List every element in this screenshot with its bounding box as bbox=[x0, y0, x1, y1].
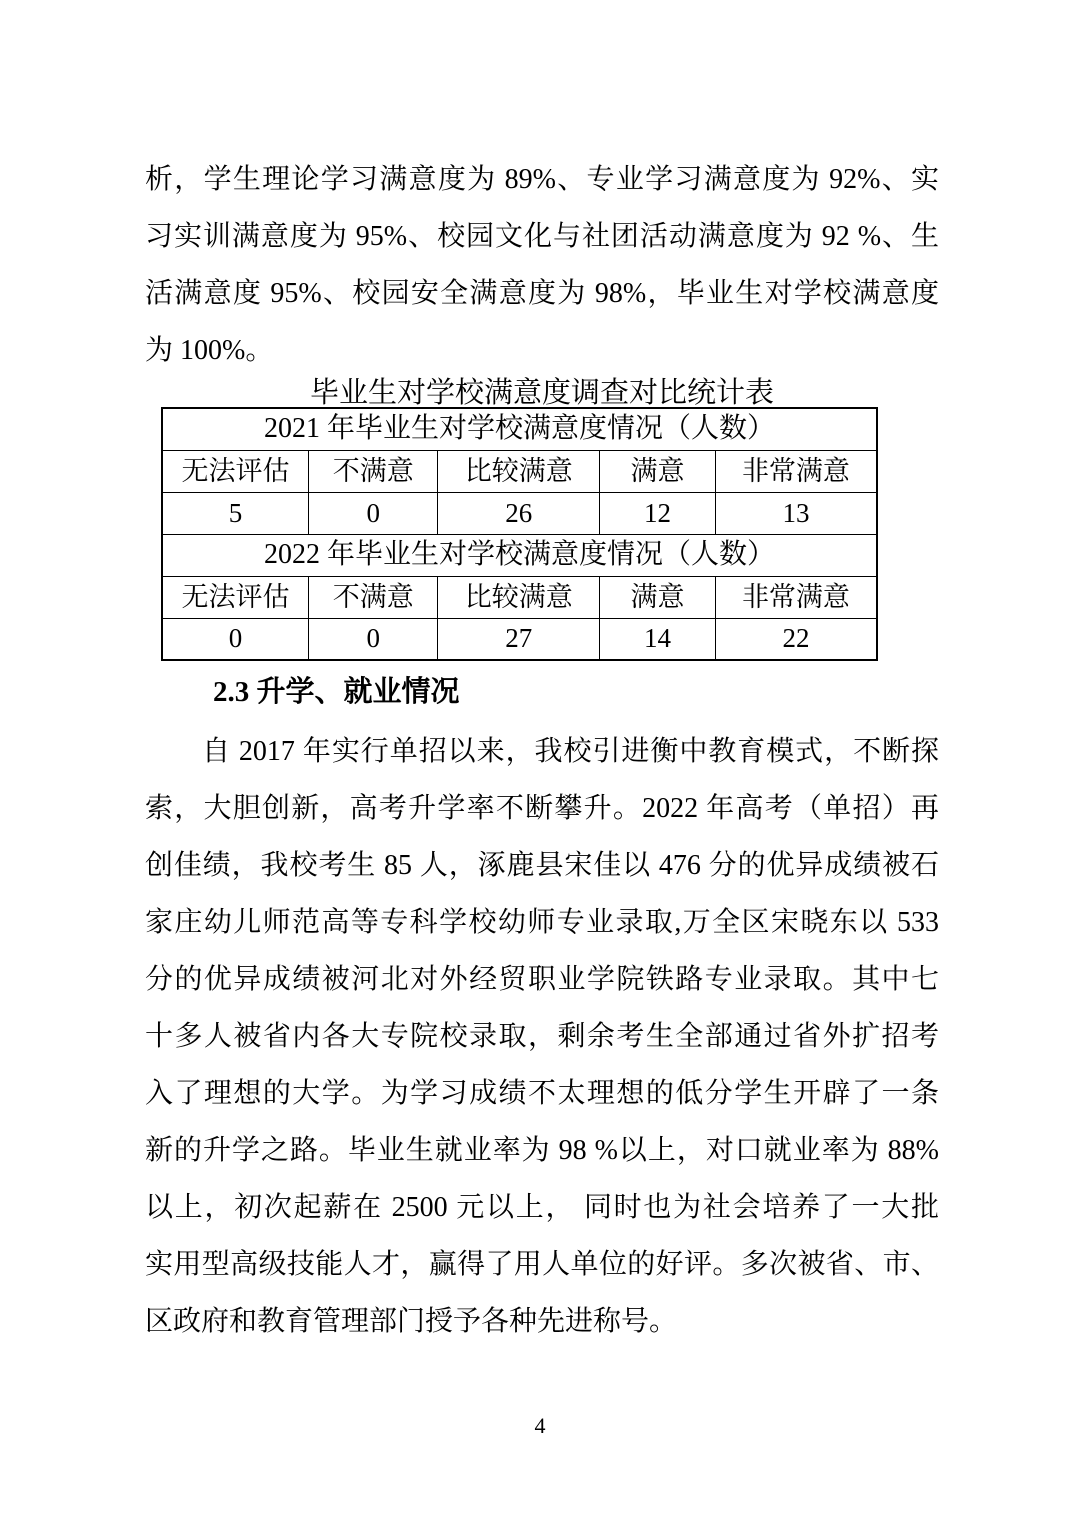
table-row-2022-values: 0 0 27 14 22 bbox=[162, 618, 877, 660]
page-number: 4 bbox=[0, 1412, 1080, 1440]
table-header-cell: 非常满意 bbox=[715, 576, 877, 618]
text-line: 区政府和教育管理部门授予各种先进称号。 bbox=[145, 1293, 939, 1350]
text-line: 分的优异成绩被河北对外经贸职业学院铁路专业录取。其中七 bbox=[145, 951, 939, 1008]
table-header-cell: 非常满意 bbox=[715, 450, 877, 492]
table-section-header-2021: 2021 年毕业生对学校满意度情况（人数） bbox=[162, 408, 877, 450]
text-line: 为 100%。 bbox=[145, 322, 939, 379]
table-cell: 26 bbox=[438, 492, 600, 534]
document-content: 析，学生理论学习满意度为 89%、专业学习满意度为 92%、实 习实训满意度为 … bbox=[145, 151, 939, 1350]
text-line: 活满意度 95%、校园安全满意度为 98%，毕业生对学校满意度 bbox=[145, 265, 939, 322]
table-header-cell: 满意 bbox=[600, 450, 716, 492]
table-header-cell: 无法评估 bbox=[162, 450, 309, 492]
section-heading: 2.3 升学、就业情况 bbox=[145, 673, 939, 711]
table-header-cell: 比较满意 bbox=[438, 576, 600, 618]
table-cell: 14 bbox=[600, 618, 716, 660]
table-cell: 22 bbox=[715, 618, 877, 660]
text-line: 十多人被省内各大专院校录取，剩余考生全部通过省外扩招考 bbox=[145, 1008, 939, 1065]
text-line: 析，学生理论学习满意度为 89%、专业学习满意度为 92%、实 bbox=[145, 151, 939, 208]
text-line: 以上，初次起薪在 2500 元以上， 同时也为社会培养了一大批 bbox=[145, 1179, 939, 1236]
table-cell: 12 bbox=[600, 492, 716, 534]
table-row-2021-columns: 无法评估 不满意 比较满意 满意 非常满意 bbox=[162, 450, 877, 492]
table-row-2022-columns: 无法评估 不满意 比较满意 满意 非常满意 bbox=[162, 576, 877, 618]
text-line: 索，大胆创新，高考升学率不断攀升。2022 年高考（单招）再 bbox=[145, 780, 939, 837]
satisfaction-table: 2021 年毕业生对学校满意度情况（人数） 无法评估 不满意 比较满意 满意 非… bbox=[161, 407, 878, 661]
table-header-cell: 比较满意 bbox=[438, 450, 600, 492]
text-line: 习实训满意度为 95%、校园文化与社团活动满意度为 92 %、生 bbox=[145, 208, 939, 265]
document-page: 析，学生理论学习满意度为 89%、专业学习满意度为 92%、实 习实训满意度为 … bbox=[0, 0, 1080, 1527]
table-cell: 13 bbox=[715, 492, 877, 534]
text-line: 家庄幼儿师范高等专科学校幼师专业录取,万全区宋晓东以 533 bbox=[145, 894, 939, 951]
body-paragraph: 自 2017 年实行单招以来，我校引进衡中教育模式，不断探 索，大胆创新，高考升… bbox=[145, 723, 939, 1350]
table-cell: 0 bbox=[309, 618, 438, 660]
text-line: 入了理想的大学。为学习成绩不太理想的低分学生开辟了一条 bbox=[145, 1065, 939, 1122]
table-row-2021-values: 5 0 26 12 13 bbox=[162, 492, 877, 534]
table-header-cell: 不满意 bbox=[309, 450, 438, 492]
table-header-cell: 满意 bbox=[600, 576, 716, 618]
table-cell: 0 bbox=[309, 492, 438, 534]
table-row-2021-header: 2021 年毕业生对学校满意度情况（人数） bbox=[162, 408, 877, 450]
intro-paragraph: 析，学生理论学习满意度为 89%、专业学习满意度为 92%、实 习实训满意度为 … bbox=[145, 151, 939, 379]
text-line: 创佳绩，我校考生 85 人，涿鹿县宋佳以 476 分的优异成绩被石 bbox=[145, 837, 939, 894]
text-line: 实用型高级技能人才，赢得了用人单位的好评。多次被省、市、 bbox=[145, 1236, 939, 1293]
table-title: 毕业生对学校满意度调查对比统计表 bbox=[145, 379, 939, 407]
table-header-cell: 无法评估 bbox=[162, 576, 309, 618]
table-cell: 5 bbox=[162, 492, 309, 534]
table-section-header-2022: 2022 年毕业生对学校满意度情况（人数） bbox=[162, 534, 877, 576]
table-cell: 0 bbox=[162, 618, 309, 660]
text-line: 新的升学之路。毕业生就业率为 98 %以上，对口就业率为 88% bbox=[145, 1122, 939, 1179]
table-row-2022-header: 2022 年毕业生对学校满意度情况（人数） bbox=[162, 534, 877, 576]
table-header-cell: 不满意 bbox=[309, 576, 438, 618]
table-cell: 27 bbox=[438, 618, 600, 660]
text-line: 自 2017 年实行单招以来，我校引进衡中教育模式，不断探 bbox=[145, 723, 939, 780]
